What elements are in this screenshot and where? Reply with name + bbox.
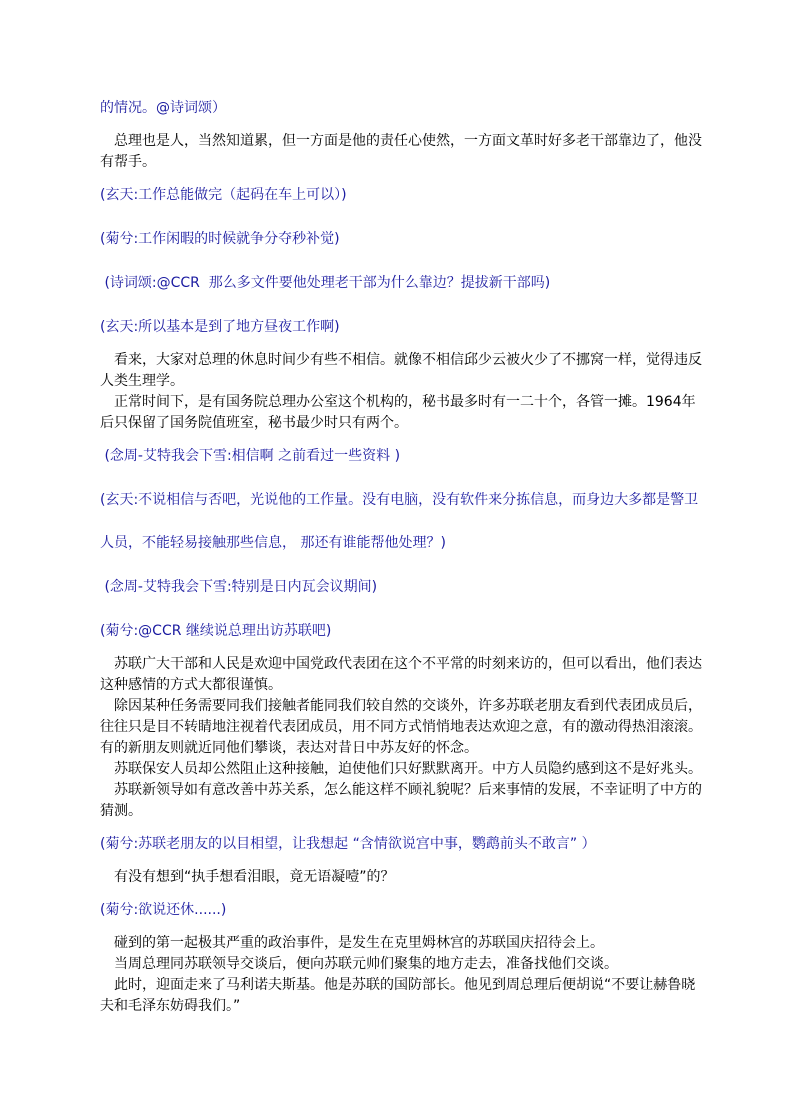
comment-line: (诗词颂:@CCR 那么多文件要他处理老干部为什么靠边？提拔新干部吗): [100, 262, 706, 305]
body-paragraph: 苏联保安人员却公然阻止这种接触，迫使他们只好默默离开。中方人员隐约感到这不是好兆…: [100, 759, 706, 780]
body-paragraph: 有没有想到“执手想看泪眼，竟无语凝噎”的？: [100, 867, 706, 888]
body-paragraph: 苏联广大干部和人民是欢迎中国党政代表团在这个不平常的时刻来访的，但可以看出，他们…: [100, 654, 706, 696]
comment-line: (念周-艾特我会下雪:相信啊 之前看过一些资料 ): [100, 435, 706, 478]
body-paragraph: 当周总理同苏联领导交谈后，便向苏联元帅们聚集的地方走去，准备找他们交谈。: [100, 954, 706, 975]
body-paragraph: 苏联新领导如有意改善中苏关系，怎么能这样不顾礼貌呢？后来事情的发展，不幸证明了中…: [100, 780, 706, 822]
comment-line: (菊兮:@CCR 继续说总理出访苏联吧): [100, 610, 706, 653]
comment-line: (玄天:不说相信与否吧，光说他的工作量。没有电脑，没有软件来分拣信息，而身边大多…: [100, 479, 706, 565]
comment-line: (玄天:所以基本是到了地方昼夜工作啊): [100, 306, 706, 349]
comment-line: (念周-艾特我会下雪:特别是日内瓦会议期间): [100, 566, 706, 609]
body-paragraph: 碰到的第一起极其严重的政治事件，是发生在克里姆林宫的苏联国庆招待会上。: [100, 933, 706, 954]
comment-line: (菊兮:苏联老朋友的以目相望，让我想起 “含情欲说宫中事，鹦鹉前头不敢言” ）: [100, 823, 706, 866]
body-paragraph: 正常时间下，是有国务院总理办公室这个机构的，秘书最多时有一二十个，各管一摊。19…: [100, 392, 706, 434]
document-page: 的情况。@诗词颂） 总理也是人，当然知道累，但一方面是他的责任心使然，一方面文革…: [0, 0, 800, 1100]
comment-line: 的情况。@诗词颂）: [100, 87, 706, 130]
body-paragraph: 除因某种任务需要同我们接触者能同我们较自然的交谈外，许多苏联老朋友看到代表团成员…: [100, 696, 706, 759]
body-paragraph: 看来，大家对总理的休息时间少有些不相信。就像不相信邱少云被火少了不挪窝一样，觉得…: [100, 350, 706, 392]
comment-line: (菊兮:工作闲暇的时候就争分夺秒补觉): [100, 218, 706, 261]
body-paragraph: 总理也是人，当然知道累，但一方面是他的责任心使然，一方面文革时好多老干部靠边了，…: [100, 131, 706, 173]
comment-line: (菊兮:欲说还休......): [100, 889, 706, 932]
comment-line: (玄天:工作总能做完（起码在车上可以）): [100, 174, 706, 217]
body-paragraph: 此时，迎面走来了马利诺夫斯基。他是苏联的国防部长。他见到周总理后便胡说“不要让赫…: [100, 975, 706, 1017]
